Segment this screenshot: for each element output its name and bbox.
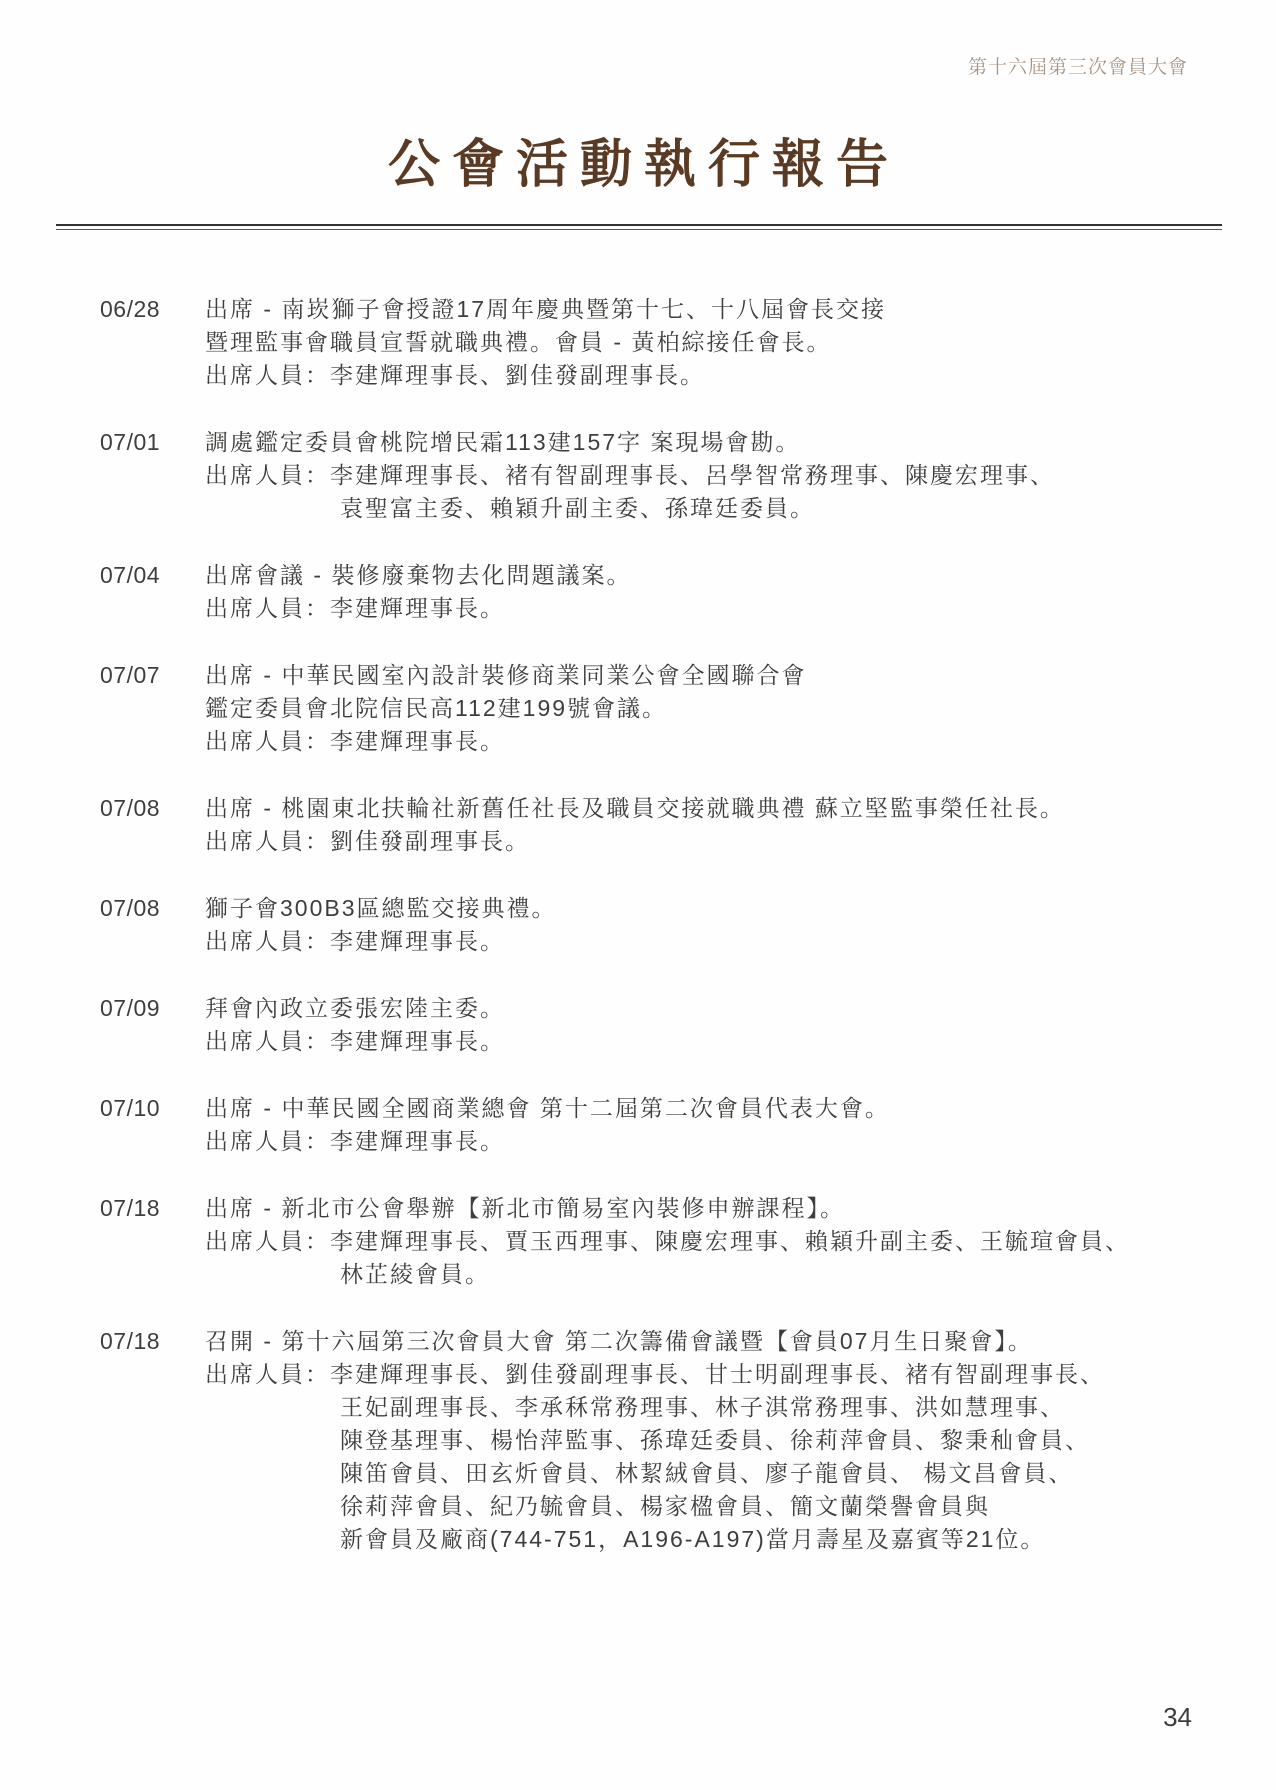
entry-date: 07/04 (100, 559, 205, 592)
entry-body: 出席 - 新北市公會舉辦【新北市簡易室內裝修申辦課程】。出席人員：李建輝理事長、… (205, 1192, 1216, 1291)
entry-body: 出席 - 中華民國室內設計裝修商業同業公會全國聯合會鑑定委員會北院信民高112建… (205, 659, 1216, 758)
entry-body: 拜會內政立委張宏陸主委。出席人員：李建輝理事長。 (205, 992, 1216, 1058)
entry-body: 出席 - 中華民國全國商業總會 第十二屆第二次會員代表大會。出席人員：李建輝理事… (205, 1092, 1216, 1158)
entry-line: 出席 - 新北市公會舉辦【新北市簡易室內裝修申辦課程】。 (205, 1192, 1216, 1225)
entry-row: 07/10 出席 - 中華民國全國商業總會 第十二屆第二次會員代表大會。出席人員… (100, 1092, 1216, 1158)
document-page: 第十六屆第三次會員大會 公會活動執行報告 06/28 出席 - 南崁獅子會授證1… (0, 0, 1276, 1790)
entry-row: 07/01 調處鑑定委員會桃院增民霜113建157字 案現場會勘。出席人員：李建… (100, 426, 1216, 525)
entry-line: 出席 - 中華民國全國商業總會 第十二屆第二次會員代表大會。 (205, 1092, 1216, 1125)
entry-line: 王妃副理事長、李承秝常務理事、林子淇常務理事、洪如慧理事、 (205, 1391, 1216, 1424)
entry-line: 出席 - 桃園東北扶輪社新舊任社長及職員交接就職典禮 蘇立堅監事榮任社長。 (205, 792, 1216, 825)
entry-line: 調處鑑定委員會桃院增民霜113建157字 案現場會勘。 (205, 426, 1216, 459)
entry-date: 07/08 (100, 892, 205, 925)
entry-line: 出席人員：李建輝理事長、賈玉西理事、陳慶宏理事、賴穎升副主委、王毓瑄會員、 (205, 1225, 1216, 1258)
entry-line: 徐莉萍會員、紀乃毓會員、楊家楹會員、簡文蘭榮譽會員與 (205, 1490, 1216, 1523)
entry-line: 陳登基理事、楊怡萍監事、孫瑋廷委員、徐莉萍會員、黎秉秈會員、 (205, 1424, 1216, 1457)
entry-line: 出席人員：李建輝理事長、褚有智副理事長、呂學智常務理事、陳慶宏理事、 (205, 459, 1216, 492)
entry-line: 出席人員：李建輝理事長、劉佳發副理事長。 (205, 359, 1216, 392)
entry-line: 獅子會300B3區總監交接典禮。 (205, 892, 1216, 925)
entry-line: 出席人員：李建輝理事長。 (205, 1025, 1216, 1058)
entry-line: 暨理監事會職員宣誓就職典禮。會員 - 黃柏綜接任會長。 (205, 326, 1216, 359)
entry-line: 拜會內政立委張宏陸主委。 (205, 992, 1216, 1025)
entry-body: 出席會議 - 裝修廢棄物去化問題議案。出席人員：李建輝理事長。 (205, 559, 1216, 625)
entry-body: 召開 - 第十六屆第三次會員大會 第二次籌備會議暨【會員07月生日聚會】。出席人… (205, 1325, 1216, 1556)
entry-row: 07/08 獅子會300B3區總監交接典禮。出席人員：李建輝理事長。 (100, 892, 1216, 958)
entry-line: 出席 - 南崁獅子會授證17周年慶典暨第十七、十八屆會長交接 (205, 293, 1216, 326)
entry-line: 出席人員：李建輝理事長。 (205, 1125, 1216, 1158)
entry-line: 出席人員：李建輝理事長、劉佳發副理事長、甘士明副理事長、褚有智副理事長、 (205, 1358, 1216, 1391)
entry-line: 出席人員：李建輝理事長。 (205, 725, 1216, 758)
entries-list: 06/28 出席 - 南崁獅子會授證17周年慶典暨第十七、十八屆會長交接暨理監事… (0, 293, 1276, 1556)
entry-body: 獅子會300B3區總監交接典禮。出席人員：李建輝理事長。 (205, 892, 1216, 958)
entry-body: 出席 - 南崁獅子會授證17周年慶典暨第十七、十八屆會長交接暨理監事會職員宣誓就… (205, 293, 1216, 392)
entry-date: 07/08 (100, 792, 205, 825)
page-number: 34 (1163, 1702, 1192, 1733)
entry-line: 出席人員：李建輝理事長。 (205, 592, 1216, 625)
entry-line: 鑑定委員會北院信民高112建199號會議。 (205, 692, 1216, 725)
entry-date: 06/28 (100, 293, 205, 326)
entry-date: 07/18 (100, 1325, 205, 1358)
entry-date: 07/09 (100, 992, 205, 1025)
entry-date: 07/01 (100, 426, 205, 459)
entry-line: 出席人員：劉佳發副理事長。 (205, 825, 1216, 858)
entry-row: 07/18 出席 - 新北市公會舉辦【新北市簡易室內裝修申辦課程】。出席人員：李… (100, 1192, 1216, 1291)
entry-line: 新會員及廠商(744-751，A196-A197)當月壽星及嘉賓等21位。 (205, 1523, 1216, 1556)
entry-row: 07/08 出席 - 桃園東北扶輪社新舊任社長及職員交接就職典禮 蘇立堅監事榮任… (100, 792, 1216, 858)
entry-date: 07/10 (100, 1092, 205, 1125)
page-header: 第十六屆第三次會員大會 (968, 52, 1188, 79)
entry-row: 07/07 出席 - 中華民國室內設計裝修商業同業公會全國聯合會鑑定委員會北院信… (100, 659, 1216, 758)
entry-row: 07/04 出席會議 - 裝修廢棄物去化問題議案。出席人員：李建輝理事長。 (100, 559, 1216, 625)
entry-row: 06/28 出席 - 南崁獅子會授證17周年慶典暨第十七、十八屆會長交接暨理監事… (100, 293, 1216, 392)
entry-row: 07/18 召開 - 第十六屆第三次會員大會 第二次籌備會議暨【會員07月生日聚… (100, 1325, 1216, 1556)
entry-date: 07/18 (100, 1192, 205, 1225)
page-title: 公會活動執行報告 (0, 138, 1276, 194)
entry-line: 召開 - 第十六屆第三次會員大會 第二次籌備會議暨【會員07月生日聚會】。 (205, 1325, 1216, 1358)
entry-line: 陳笛會員、田玄炘會員、林絜絨會員、廖子龍會員、 楊文昌會員、 (205, 1457, 1216, 1490)
entry-date: 07/07 (100, 659, 205, 692)
entry-body: 調處鑑定委員會桃院增民霜113建157字 案現場會勘。出席人員：李建輝理事長、褚… (205, 426, 1216, 525)
title-divider (56, 224, 1222, 230)
entry-line: 林芷綾會員。 (205, 1258, 1216, 1291)
entry-line: 出席 - 中華民國室內設計裝修商業同業公會全國聯合會 (205, 659, 1216, 692)
entry-line: 袁聖富主委、賴穎升副主委、孫瑋廷委員。 (205, 492, 1216, 525)
entry-body: 出席 - 桃園東北扶輪社新舊任社長及職員交接就職典禮 蘇立堅監事榮任社長。出席人… (205, 792, 1216, 858)
entry-line: 出席會議 - 裝修廢棄物去化問題議案。 (205, 559, 1216, 592)
entry-line: 出席人員：李建輝理事長。 (205, 925, 1216, 958)
entry-row: 07/09 拜會內政立委張宏陸主委。出席人員：李建輝理事長。 (100, 992, 1216, 1058)
